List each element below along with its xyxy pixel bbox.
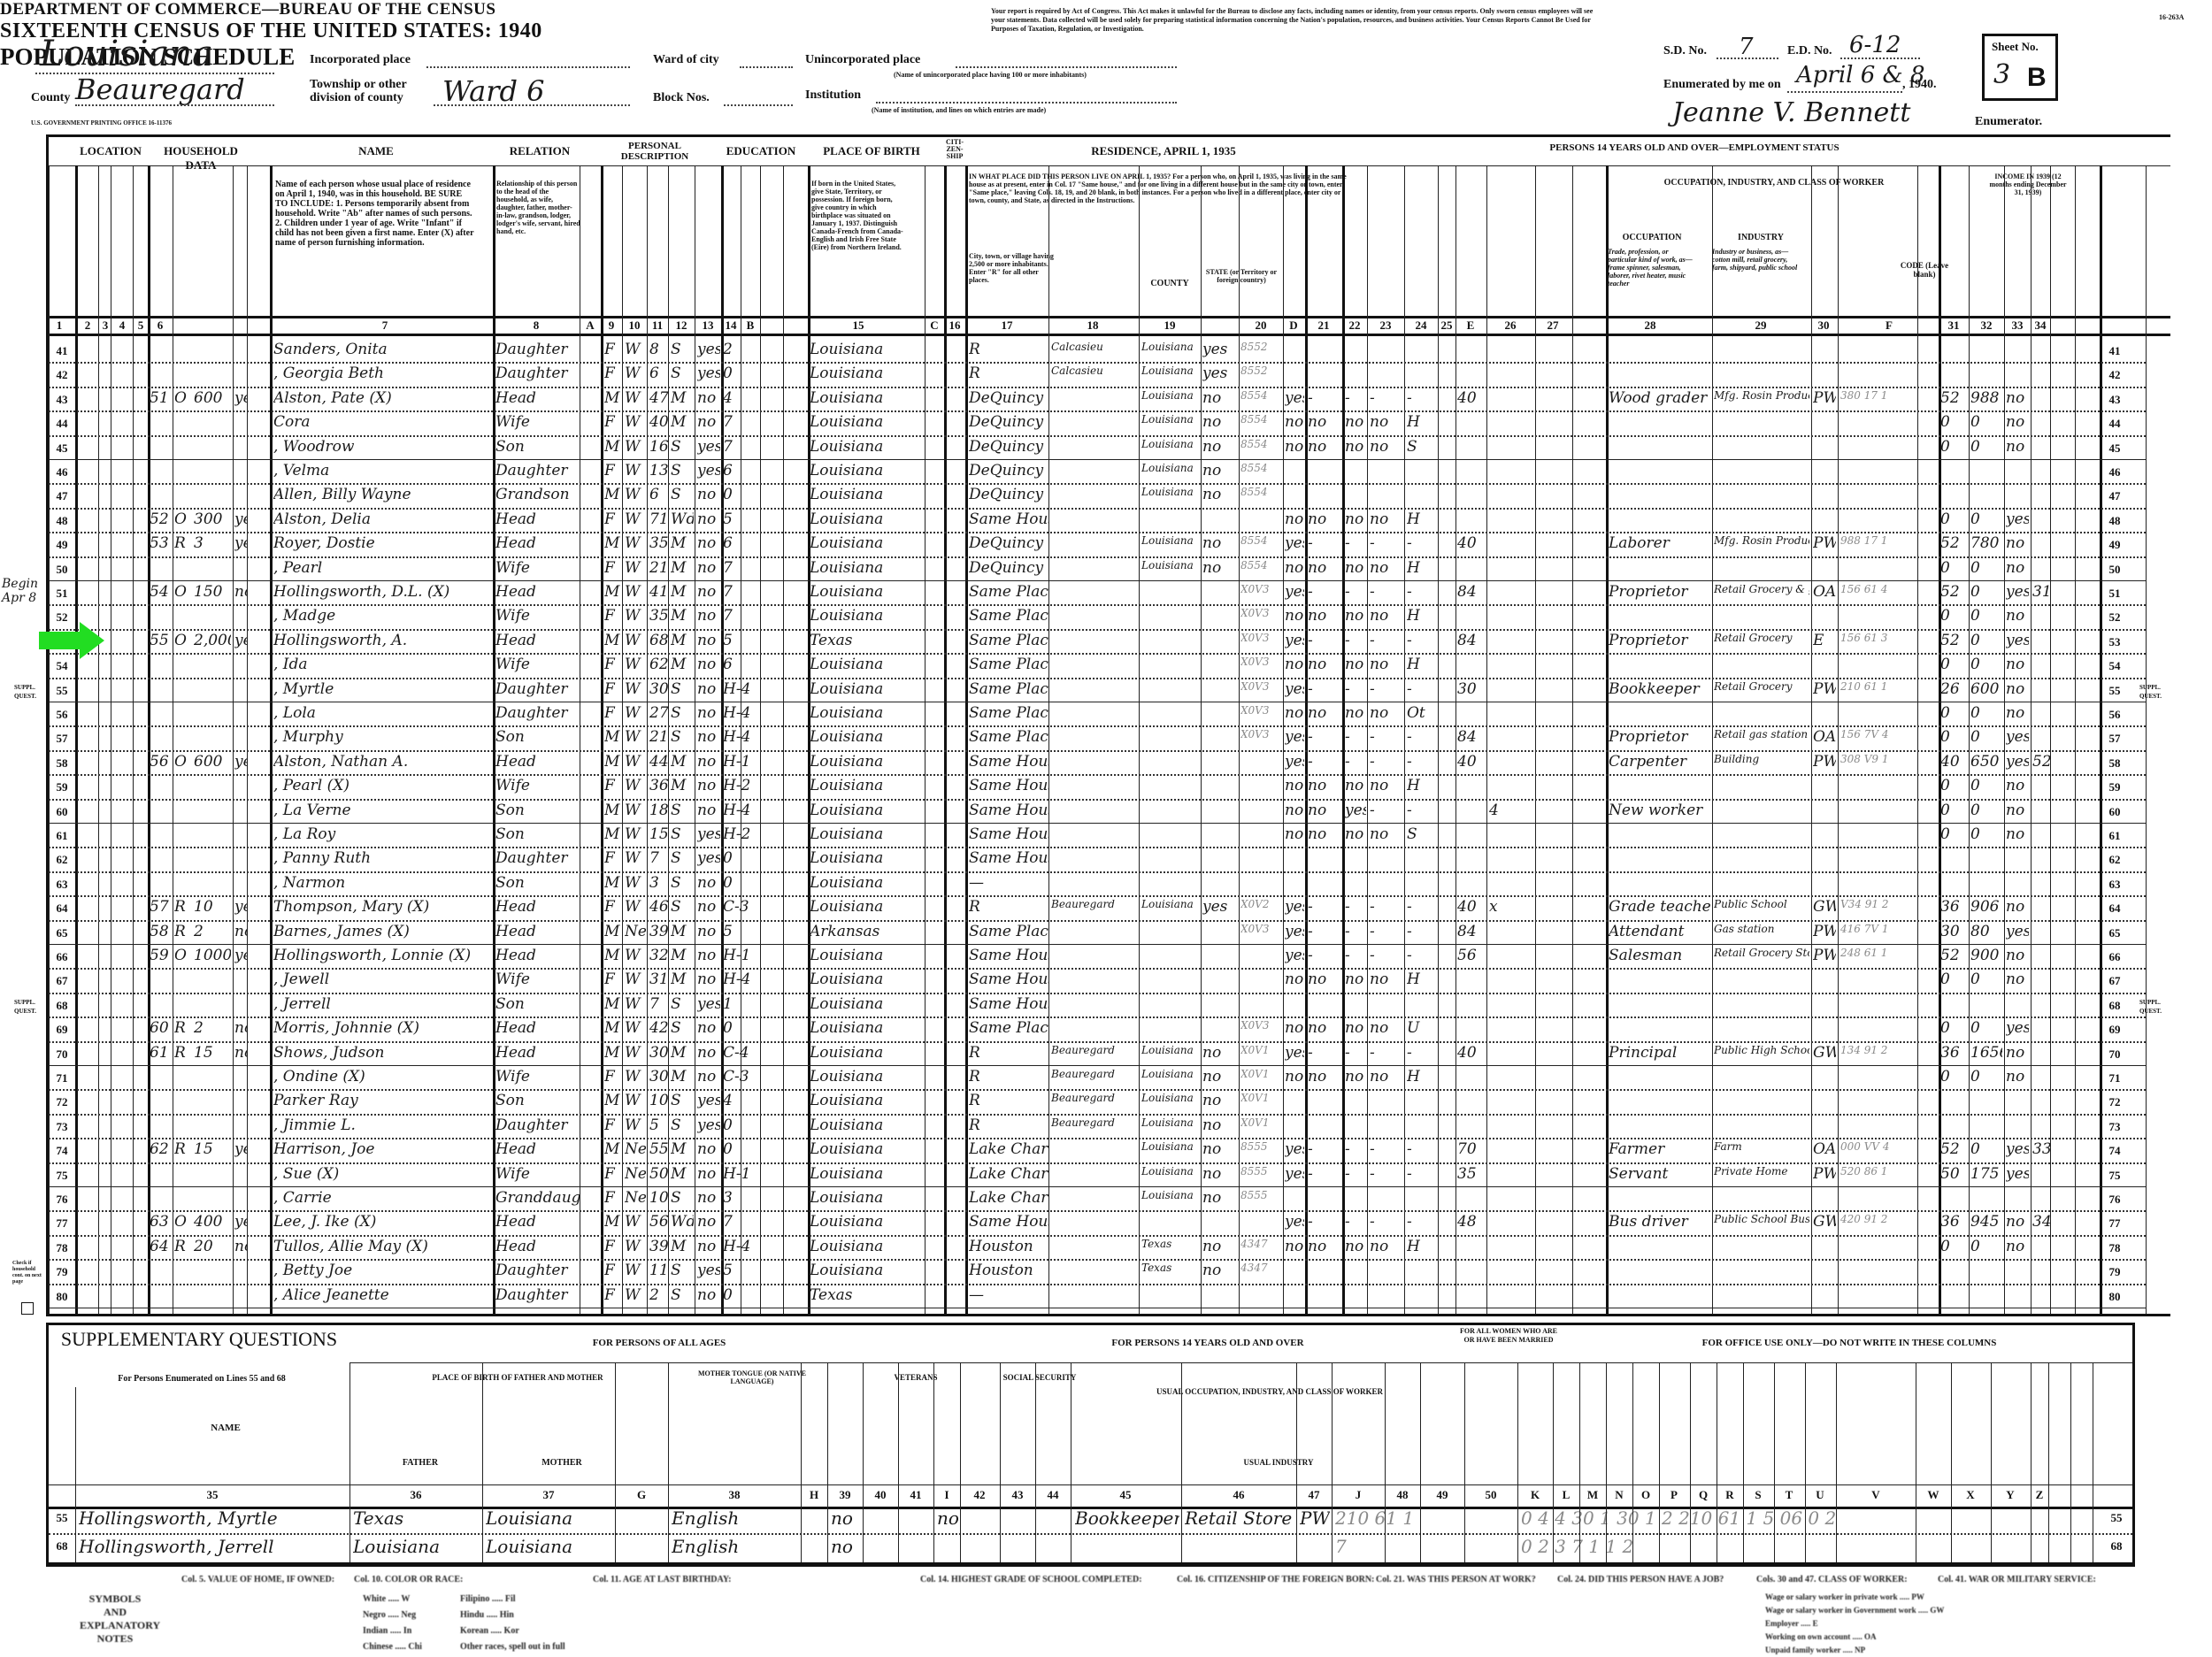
cell-school: yes (697, 1092, 720, 1109)
cell-res-city: Same Place (969, 607, 1048, 625)
cell-occupation: Farmer (1609, 1140, 1711, 1158)
cell-race: W (625, 825, 646, 843)
line-number-right: 48 (2101, 514, 2128, 528)
cell-c25: - (1407, 534, 1437, 552)
cell-res-city: Same Place (969, 704, 1048, 722)
cell-other: yes (2006, 583, 2029, 601)
cell-farm35: no (1202, 1189, 1238, 1207)
cell-c25: H (1407, 1238, 1437, 1255)
line-number-right: 61 (2101, 829, 2128, 843)
cell-grade: H-1 (723, 753, 749, 771)
cell-name: Hollingsworth, A. (273, 632, 490, 649)
cell-sex: F (604, 559, 620, 577)
cell-age: 39 (649, 923, 671, 940)
supp-column-number: H (796, 1488, 832, 1502)
supp-title: SUPPLEMENTARY QUESTIONS (58, 1329, 341, 1350)
cell-birthplace: Louisiana (810, 438, 923, 456)
cell-dwelling: 51 (150, 389, 174, 407)
cell-wages: 175 (1970, 1165, 2002, 1183)
cell-farm35: no (1202, 1238, 1238, 1255)
cell-value: 400 (194, 1213, 231, 1231)
cell-race: Neg (625, 1189, 646, 1207)
cell-race: W (625, 607, 646, 625)
cell-c24: no (1370, 1019, 1403, 1037)
cell-c23: - (1345, 898, 1366, 916)
cell-race: W (625, 849, 646, 867)
cell-farm: no (234, 923, 247, 940)
cell-marital: M (671, 1238, 694, 1255)
cell-relation: Wife (495, 656, 580, 673)
cell-res-city: Same House (969, 849, 1048, 867)
cell-industry: Building (1714, 753, 1809, 765)
cell-race: W (625, 364, 646, 382)
cell-res-city: R (969, 1044, 1048, 1062)
incorporated-place-label: Incorporated place (310, 53, 411, 67)
cell-marital: M (671, 632, 694, 649)
cell-birthplace: Louisiana (810, 1092, 923, 1109)
cell-birthplace: Louisiana (810, 1213, 923, 1231)
check-note: Check if household cont. on next page (12, 1261, 44, 1285)
cell-code-d: 8555 (1240, 1165, 1281, 1178)
cell-age: 44 (649, 753, 671, 771)
cell-age: 10 (649, 1092, 671, 1109)
cell-weeks: 0 (1940, 802, 1967, 819)
cell-c22: - (1308, 923, 1341, 940)
supp-cell-soc-sec: no (937, 1507, 958, 1529)
cell-dwelling: 52 (150, 510, 174, 528)
table-row: 4242 , Georgia BethDaughterFW6Syes0Louis… (49, 363, 2146, 387)
cell-code-d: X0V3 (1240, 607, 1281, 619)
cell-age: 39 (649, 1238, 671, 1255)
cell-marital: M (671, 1140, 694, 1158)
cell-c34: 52 (2032, 753, 2050, 771)
cell-weeks: 0 (1940, 970, 1967, 988)
cell-res-city: Same House (969, 825, 1048, 843)
cell-farm: yes (234, 510, 247, 528)
cell-name: , Myrtle (273, 680, 490, 698)
cell-age: 35 (649, 534, 671, 552)
supplementary-questions: SUPPLEMENTARY QUESTIONS For Persons Enum… (46, 1323, 2135, 1509)
column-number: F (1871, 318, 1907, 333)
supp-cell-code: 210 61 1 (1335, 1507, 1415, 1529)
supp-column-number: 50 (1473, 1488, 1509, 1502)
cell-industry: Retail Grocery Store (1714, 947, 1809, 959)
line-number-right: 63 (2101, 878, 2128, 892)
cell-res-state: Texas (1141, 1238, 1200, 1250)
cell-other: yes (2006, 1165, 2029, 1183)
cell-age: 46 (649, 898, 671, 916)
cell-code-f: 156 61 4 (1840, 583, 1916, 595)
cell-class: GW (1813, 1213, 1836, 1231)
cell-value: 2 (194, 923, 231, 940)
cell-weeks: 36 (1940, 898, 1967, 916)
column-number: 18 (1075, 318, 1110, 333)
header-income: INCOME IN 1939 (12 months ending Decembe… (1988, 173, 2068, 196)
cell-res-city: R (969, 1092, 1048, 1109)
cell-dwelling: 55 (150, 632, 174, 649)
cell-c23: no (1345, 1238, 1366, 1255)
cell-grade: 7 (723, 1213, 749, 1231)
supp-column-number: I (929, 1488, 964, 1502)
cell-school: yes (697, 825, 720, 843)
cell-c23: no (1345, 825, 1366, 843)
cell-c24: no (1370, 970, 1403, 988)
cell-race: W (625, 632, 646, 649)
cell-weeks: 0 (1940, 438, 1967, 456)
cell-industry: Mfg. Rosin Products (1714, 534, 1809, 547)
cell-class: PW (1813, 680, 1836, 698)
cell-race: W (625, 341, 646, 358)
cell-name: Harrison, Joe (273, 1140, 490, 1158)
cell-c24: no (1370, 704, 1403, 722)
cell-relation: Head (495, 1213, 580, 1231)
cell-industry: Farm (1714, 1140, 1809, 1153)
cell-farm35: no (1202, 462, 1238, 479)
cell-c24: no (1370, 1068, 1403, 1085)
cell-name: Hollingsworth, Lonnie (X) (273, 947, 490, 964)
cell-school: no (697, 1019, 720, 1037)
cell-code-f: 380 17 1 (1840, 389, 1916, 402)
ed-label: E.D. No. (1787, 44, 1832, 58)
cell-sex: M (604, 825, 620, 843)
cell-other: yes (2006, 923, 2029, 940)
cell-class: PW (1813, 534, 1836, 552)
cell-school: no (697, 1238, 720, 1255)
cell-c24: no (1370, 559, 1403, 577)
cell-marital: S (671, 1116, 694, 1134)
cell-weeks: 36 (1940, 1213, 1967, 1231)
cell-c23: - (1345, 583, 1366, 601)
line-number-right: 46 (2101, 465, 2128, 479)
cell-sex: F (604, 1116, 620, 1134)
cell-res-state: Louisiana (1141, 1140, 1200, 1153)
cell-c22: - (1308, 534, 1341, 552)
cell-grade: 7 (723, 607, 749, 625)
table-row: 535355O2,000yesHollingsworth, A.HeadMW68… (49, 630, 2146, 654)
cell-sex: F (604, 364, 620, 382)
cell-value: 10 (194, 898, 231, 916)
cell-res-state: Louisiana (1141, 534, 1200, 547)
cell-wages: 0 (1970, 1019, 2002, 1037)
cell-dwelling: 63 (150, 1213, 174, 1231)
cell-farm35: yes (1202, 364, 1238, 382)
cell-industry: Retail Grocery & gas station (1714, 583, 1809, 595)
supp-column-number: 38 (717, 1488, 752, 1502)
cell-relation: Wife (495, 970, 580, 988)
cell-race: W (625, 534, 646, 552)
cell-name: , Ondine (X) (273, 1068, 490, 1085)
line-number: 78 (49, 1241, 75, 1255)
cell-relation: Son (495, 728, 580, 746)
cell-race: W (625, 947, 646, 964)
cell-sex: M (604, 947, 620, 964)
cell-res-city: Same House (969, 1213, 1048, 1231)
green-arrow-marker-icon (39, 622, 104, 659)
cell-class: E (1813, 632, 1836, 649)
cell-sex: F (604, 413, 620, 431)
cell-other: no (2006, 898, 2029, 916)
cell-name: , Lola (273, 704, 490, 722)
ed-value: 6-12 (1849, 32, 1901, 58)
cell-at-work: yes (1285, 1213, 1304, 1231)
cell-occupation: Proprietor (1609, 632, 1711, 649)
table-row: 6060 , La VerneSonMW18SnoH-4LouisianaSam… (49, 800, 2146, 824)
cell-value: 300 (194, 510, 231, 528)
supp-column-number: 46 (1221, 1488, 1256, 1502)
cell-race: W (625, 656, 646, 673)
supp-father-col: FATHER (354, 1458, 487, 1468)
column-number: 23 (1368, 318, 1403, 333)
cell-at-work: no (1285, 656, 1304, 673)
cell-race: W (625, 1286, 646, 1304)
note-col10-item: Other races, spell out in full (460, 1640, 565, 1653)
line-number: 65 (49, 926, 75, 940)
cell-marital: S (671, 1092, 694, 1109)
cell-res-city: — (969, 1286, 1048, 1304)
cell-owned: R (174, 898, 194, 916)
cell-name: Morris, Johnnie (X) (273, 1019, 490, 1037)
cell-class: PW (1813, 947, 1836, 964)
cell-age: 30 (649, 680, 671, 698)
line-number: 41 (49, 344, 75, 358)
supp-row: 5555Hollingsworth, MyrtleTexasLouisianaE… (49, 1506, 2132, 1534)
line-number: 75 (49, 1169, 75, 1183)
cell-c24: - (1370, 728, 1403, 746)
section-birth: PLACE OF BIRTH (810, 144, 933, 158)
cell-farm: no (234, 1044, 247, 1062)
cell-at-work: yes (1285, 728, 1304, 746)
cell-sex: M (604, 874, 620, 892)
cell-marital: S (671, 802, 694, 819)
column-number: B (733, 318, 768, 333)
cell-c25: - (1407, 1213, 1437, 1231)
cell-hours: 40 (1457, 534, 1486, 552)
cell-sex: F (604, 777, 620, 794)
cell-name: Thompson, Mary (X) (273, 898, 490, 916)
cell-code-f: 156 61 3 (1840, 632, 1916, 644)
section-occupation-block: OCCUPATION, INDUSTRY, AND CLASS OF WORKE… (1606, 178, 1942, 188)
cell-res-state: Louisiana (1141, 1189, 1200, 1201)
table-row: 6868 , JerrellSonMW7Syes1LouisianaSame H… (49, 993, 2146, 1017)
table-row: 6161 , La RoySonMW15SyesH-2LouisianaSame… (49, 824, 2146, 848)
line-number-right: 51 (2101, 587, 2128, 601)
cell-sex: F (604, 704, 620, 722)
cell-res-city: Same Place (969, 680, 1048, 698)
line-number: 67 (49, 974, 75, 988)
cell-c23: - (1345, 1140, 1366, 1158)
cell-owned: O (174, 1213, 194, 1231)
supp-column-number: 44 (1035, 1488, 1071, 1502)
cell-code-d: 4347 (1240, 1262, 1281, 1274)
cell-res-city: Same House (969, 947, 1048, 964)
cell-weeks: 0 (1940, 1068, 1967, 1085)
column-number: 21 (1306, 318, 1341, 333)
cell-school: no (697, 534, 720, 552)
line-number: 76 (49, 1193, 75, 1207)
cell-res-state: Texas (1141, 1262, 1200, 1274)
cell-at-work: yes (1285, 632, 1304, 649)
section-residence: RESIDENCE, APRIL 1, 1935 (978, 144, 1349, 158)
column-number: 8 (518, 318, 554, 333)
cell-other: no (2006, 607, 2029, 625)
line-number-right: 76 (2101, 1193, 2128, 1207)
cell-weeks: 52 (1940, 583, 1967, 601)
cell-res-city: R (969, 1116, 1048, 1134)
cell-birthplace: Louisiana (810, 777, 923, 794)
cell-c34: 34 (2032, 1213, 2050, 1231)
section-personal: PERSONAL DESCRIPTION (606, 141, 703, 162)
cell-c22: no (1308, 1238, 1341, 1255)
township-label: Township or other division of county (310, 78, 442, 104)
column-number: 20 (1243, 318, 1279, 333)
cell-birthplace: Arkansas (810, 923, 923, 940)
column-number: 29 (1743, 318, 1778, 333)
cell-c24: no (1370, 510, 1403, 528)
cell-class: OA (1813, 583, 1836, 601)
cell-class: PW (1813, 753, 1836, 771)
cell-sex: M (604, 995, 620, 1013)
table-row: 777763O400yesLee, J. Ike (X)HeadMW56Wdno… (49, 1211, 2146, 1235)
line-number-right: 80 (2101, 1290, 2128, 1304)
supp-column-number: K (1517, 1488, 1553, 1502)
cell-grade: 2 (723, 341, 749, 358)
supp-over14: FOR PERSONS 14 YEARS OLD AND OVER (1022, 1338, 1394, 1348)
table-row: 585856O600yesAlston, Nathan A.HeadMW44Mn… (49, 751, 2146, 775)
cell-class: OA (1813, 1140, 1836, 1158)
cell-c22: no (1308, 825, 1341, 843)
cell-at-work: no (1285, 413, 1304, 431)
cell-hours: 84 (1457, 583, 1486, 601)
cell-hours: 40 (1457, 389, 1486, 407)
cell-c24: no (1370, 413, 1403, 431)
cell-res-city: R (969, 1068, 1048, 1085)
cell-marital: S (671, 462, 694, 479)
cell-other: no (2006, 1213, 2029, 1231)
cell-name: Royer, Dostie (273, 534, 490, 552)
cell-name: , Narmon (273, 874, 490, 892)
cell-age: 32 (649, 947, 671, 964)
cell-birthplace: Louisiana (810, 534, 923, 552)
cell-sex: F (604, 1286, 620, 1304)
cell-relation: Wife (495, 559, 580, 577)
cell-code-d: 8554 (1240, 534, 1281, 547)
table-row: 7676 , CarrieGranddaughterFNeg10Sno3Loui… (49, 1187, 2146, 1211)
cell-farm35: no (1202, 389, 1238, 407)
cell-c25: H (1407, 1068, 1437, 1085)
cell-res-city: Same House (969, 970, 1048, 988)
line-number: 74 (49, 1144, 75, 1158)
cell-at-work: yes (1285, 898, 1304, 916)
column-number: 30 (1806, 318, 1841, 333)
supp-cell-language: English (672, 1507, 795, 1529)
table-row: 696960R2noMorris, Johnnie (X)HeadMW42Sno… (49, 1017, 2146, 1041)
cell-c23: - (1345, 632, 1366, 649)
cell-weeks: 0 (1940, 656, 1967, 673)
line-number: 63 (49, 878, 75, 892)
cell-dwelling: 54 (150, 583, 174, 601)
cell-res-state: Louisiana (1141, 486, 1200, 498)
supp-column-number: 36 (398, 1488, 434, 1502)
cell-grade: 5 (723, 1262, 749, 1279)
line-number: 58 (49, 756, 75, 771)
cell-relation: Wife (495, 607, 580, 625)
cell-other: no (2006, 802, 2029, 819)
cell-farm35: no (1202, 1262, 1238, 1279)
cell-marital: S (671, 486, 694, 503)
cell-wages: 0 (1970, 777, 2002, 794)
cell-age: 71 (649, 510, 671, 528)
cell-race: W (625, 802, 646, 819)
cell-c23: no (1345, 656, 1366, 673)
supp-column-number: 49 (1425, 1488, 1460, 1502)
cell-sex: M (604, 1019, 620, 1037)
cell-c25: U (1407, 1019, 1437, 1037)
cell-owned: O (174, 510, 194, 528)
cell-code-d: 8552 (1240, 364, 1281, 377)
cell-grade: 0 (723, 486, 749, 503)
line-number-right: 47 (2101, 489, 2128, 503)
cell-age: 7 (649, 995, 671, 1013)
cell-sex: M (604, 753, 620, 771)
block-label: Block Nos. (653, 91, 710, 105)
cell-c25: - (1407, 1044, 1437, 1062)
note-col10-item: Korean ..... Kor (460, 1624, 519, 1638)
cell-code-d: X0V1 (1240, 1092, 1281, 1104)
cell-race: Neg (625, 1140, 646, 1158)
cell-c23: no (1345, 607, 1366, 625)
cell-industry: Public High School (1714, 1044, 1809, 1056)
cell-code-f: 210 61 1 (1840, 680, 1916, 693)
cell-school: no (697, 728, 720, 746)
supp-column-number: 45 (1108, 1488, 1143, 1502)
cell-age: 11 (649, 1262, 671, 1279)
cell-marital: Wd (671, 1213, 694, 1231)
cell-race: W (625, 1213, 646, 1231)
table-row: 666659O1000yesHollingsworth, Lonnie (X)H… (49, 945, 2146, 969)
cell-occupation: Bookkeeper (1609, 680, 1711, 698)
header-occupation: OCCUPATION (1608, 233, 1696, 242)
cell-race: W (625, 389, 646, 407)
cell-other: no (2006, 559, 2029, 577)
supp-all-ages: FOR PERSONS OF ALL AGES (349, 1338, 969, 1348)
cell-birthplace: Louisiana (810, 874, 923, 892)
township-value: Ward 6 (442, 74, 545, 108)
cell-c22: - (1308, 1140, 1341, 1158)
cell-birthplace: Louisiana (810, 1165, 923, 1183)
cell-name: , Jewell (273, 970, 490, 988)
cell-res-county: Beauregard (1051, 1116, 1138, 1129)
cell-age: 5 (649, 1116, 671, 1134)
cell-wages: 0 (1970, 413, 2002, 431)
supp-cell-father: Louisiana (353, 1536, 477, 1557)
cell-school: yes (697, 849, 720, 867)
cell-name: Cora (273, 413, 490, 431)
cell-marital: S (671, 898, 694, 916)
cell-c24: - (1370, 534, 1403, 552)
check-box[interactable] (21, 1302, 34, 1315)
cell-grade: 6 (723, 656, 749, 673)
note-col10-item: Indian ..... In (363, 1624, 411, 1638)
cell-other: no (2006, 947, 2029, 964)
section-location: LOCATION (75, 144, 146, 158)
supp-subtitle: For Persons Enumerated on Lines 55 and 6… (56, 1375, 348, 1384)
supp-cell-class: PW (1300, 1507, 1330, 1529)
cell-c24: - (1370, 680, 1403, 698)
cell-grade: 7 (723, 583, 749, 601)
cell-res-county: Calcasieu (1051, 364, 1138, 377)
cell-farm35: no (1202, 1116, 1238, 1134)
cell-hours: 30 (1457, 680, 1486, 698)
